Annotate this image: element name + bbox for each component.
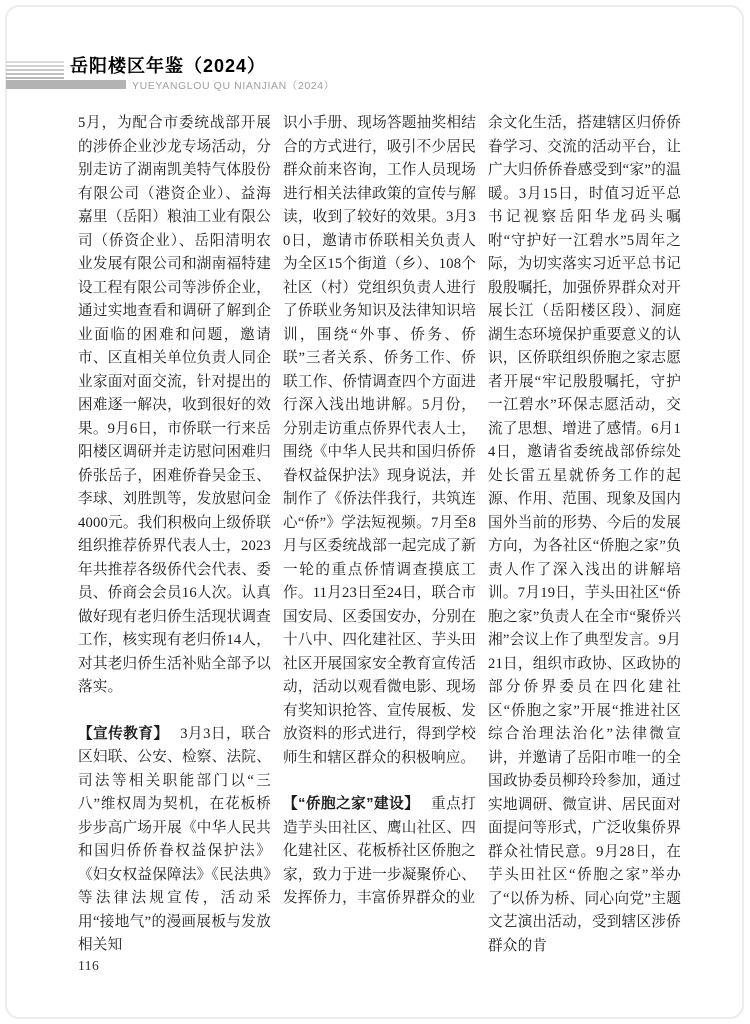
header-stripes-decoration [6,61,64,79]
text-column-3: 余文化生活，搭建辖区归侨侨眷学习、交流的活动平台，让广大归侨侨眷感受到“家”的温… [488,112,681,958]
article-body: 5月，为配合市委统战部开展的涉侨企业沙龙专场活动，分别走访了湖南凯美特气体股份有… [78,112,681,958]
text-column-1: 5月，为配合市委统战部开展的涉侨企业沙龙专场活动，分别走访了湖南凯美特气体股份有… [78,112,271,958]
page-header: 岳阳楼区年鉴（2024） YUEYANGLOU QU NIANJIAN（2024… [0,54,750,96]
section-label: 【宣传教育】 [78,726,169,742]
paragraph-section: 【“侨胞之家”建设】重点打造芋头田社区、鹰山社区、四化建社区、花板桥社区侨胞之家… [283,793,476,911]
yearbook-page: 岳阳楼区年鉴（2024） YUEYANGLOU QU NIANJIAN（2024… [0,0,750,1024]
text-column-2: 识小手册、现场答题抽奖相结合的方式进行，吸引不少居民群众前来咨询，工作人员现场进… [283,112,476,958]
page-title: 岳阳楼区年鉴（2024） [70,54,266,78]
paragraph-continuation: 5月，为配合市委统战部开展的涉侨企业沙龙专场活动，分别走访了湖南凯美特气体股份有… [78,112,271,700]
page-subtitle: YUEYANGLOU QU NIANJIAN（2024） [132,78,335,93]
paragraph-text: 识小手册、现场答题抽奖相结合的方式进行，吸引不少居民群众前来咨询，工作人员现场进… [283,115,476,766]
section-label: 【“侨胞之家”建设】 [283,796,419,812]
paragraph-section: 【宣传教育】3月3日，联合区妇联、公安、检察、法院、司法等相关职能部门以“三八”… [78,723,271,958]
paragraph-continuation: 识小手册、现场答题抽奖相结合的方式进行，吸引不少居民群众前来咨询，工作人员现场进… [283,112,476,770]
paragraph-text: 5月，为配合市委统战部开展的涉侨企业沙龙专场活动，分别走访了湖南凯美特气体股份有… [78,115,271,695]
paragraph-text: 重点打造芋头田社区、鹰山社区、四化建社区、花板桥社区侨胞之家，致力于进一步凝聚侨… [283,796,476,906]
paragraph-text: 余文化生活，搭建辖区归侨侨眷学习、交流的活动平台，让广大归侨侨眷感受到“家”的温… [488,115,681,954]
paragraph-text: 3月3日，联合区妇联、公安、检察、法院、司法等相关职能部门以“三八”维权周为契机… [78,726,271,954]
page-number: 116 [78,958,99,974]
header-bar-decoration [6,80,126,89]
paragraph-continuation: 余文化生活，搭建辖区归侨侨眷学习、交流的活动平台，让广大归侨侨眷感受到“家”的温… [488,112,681,958]
